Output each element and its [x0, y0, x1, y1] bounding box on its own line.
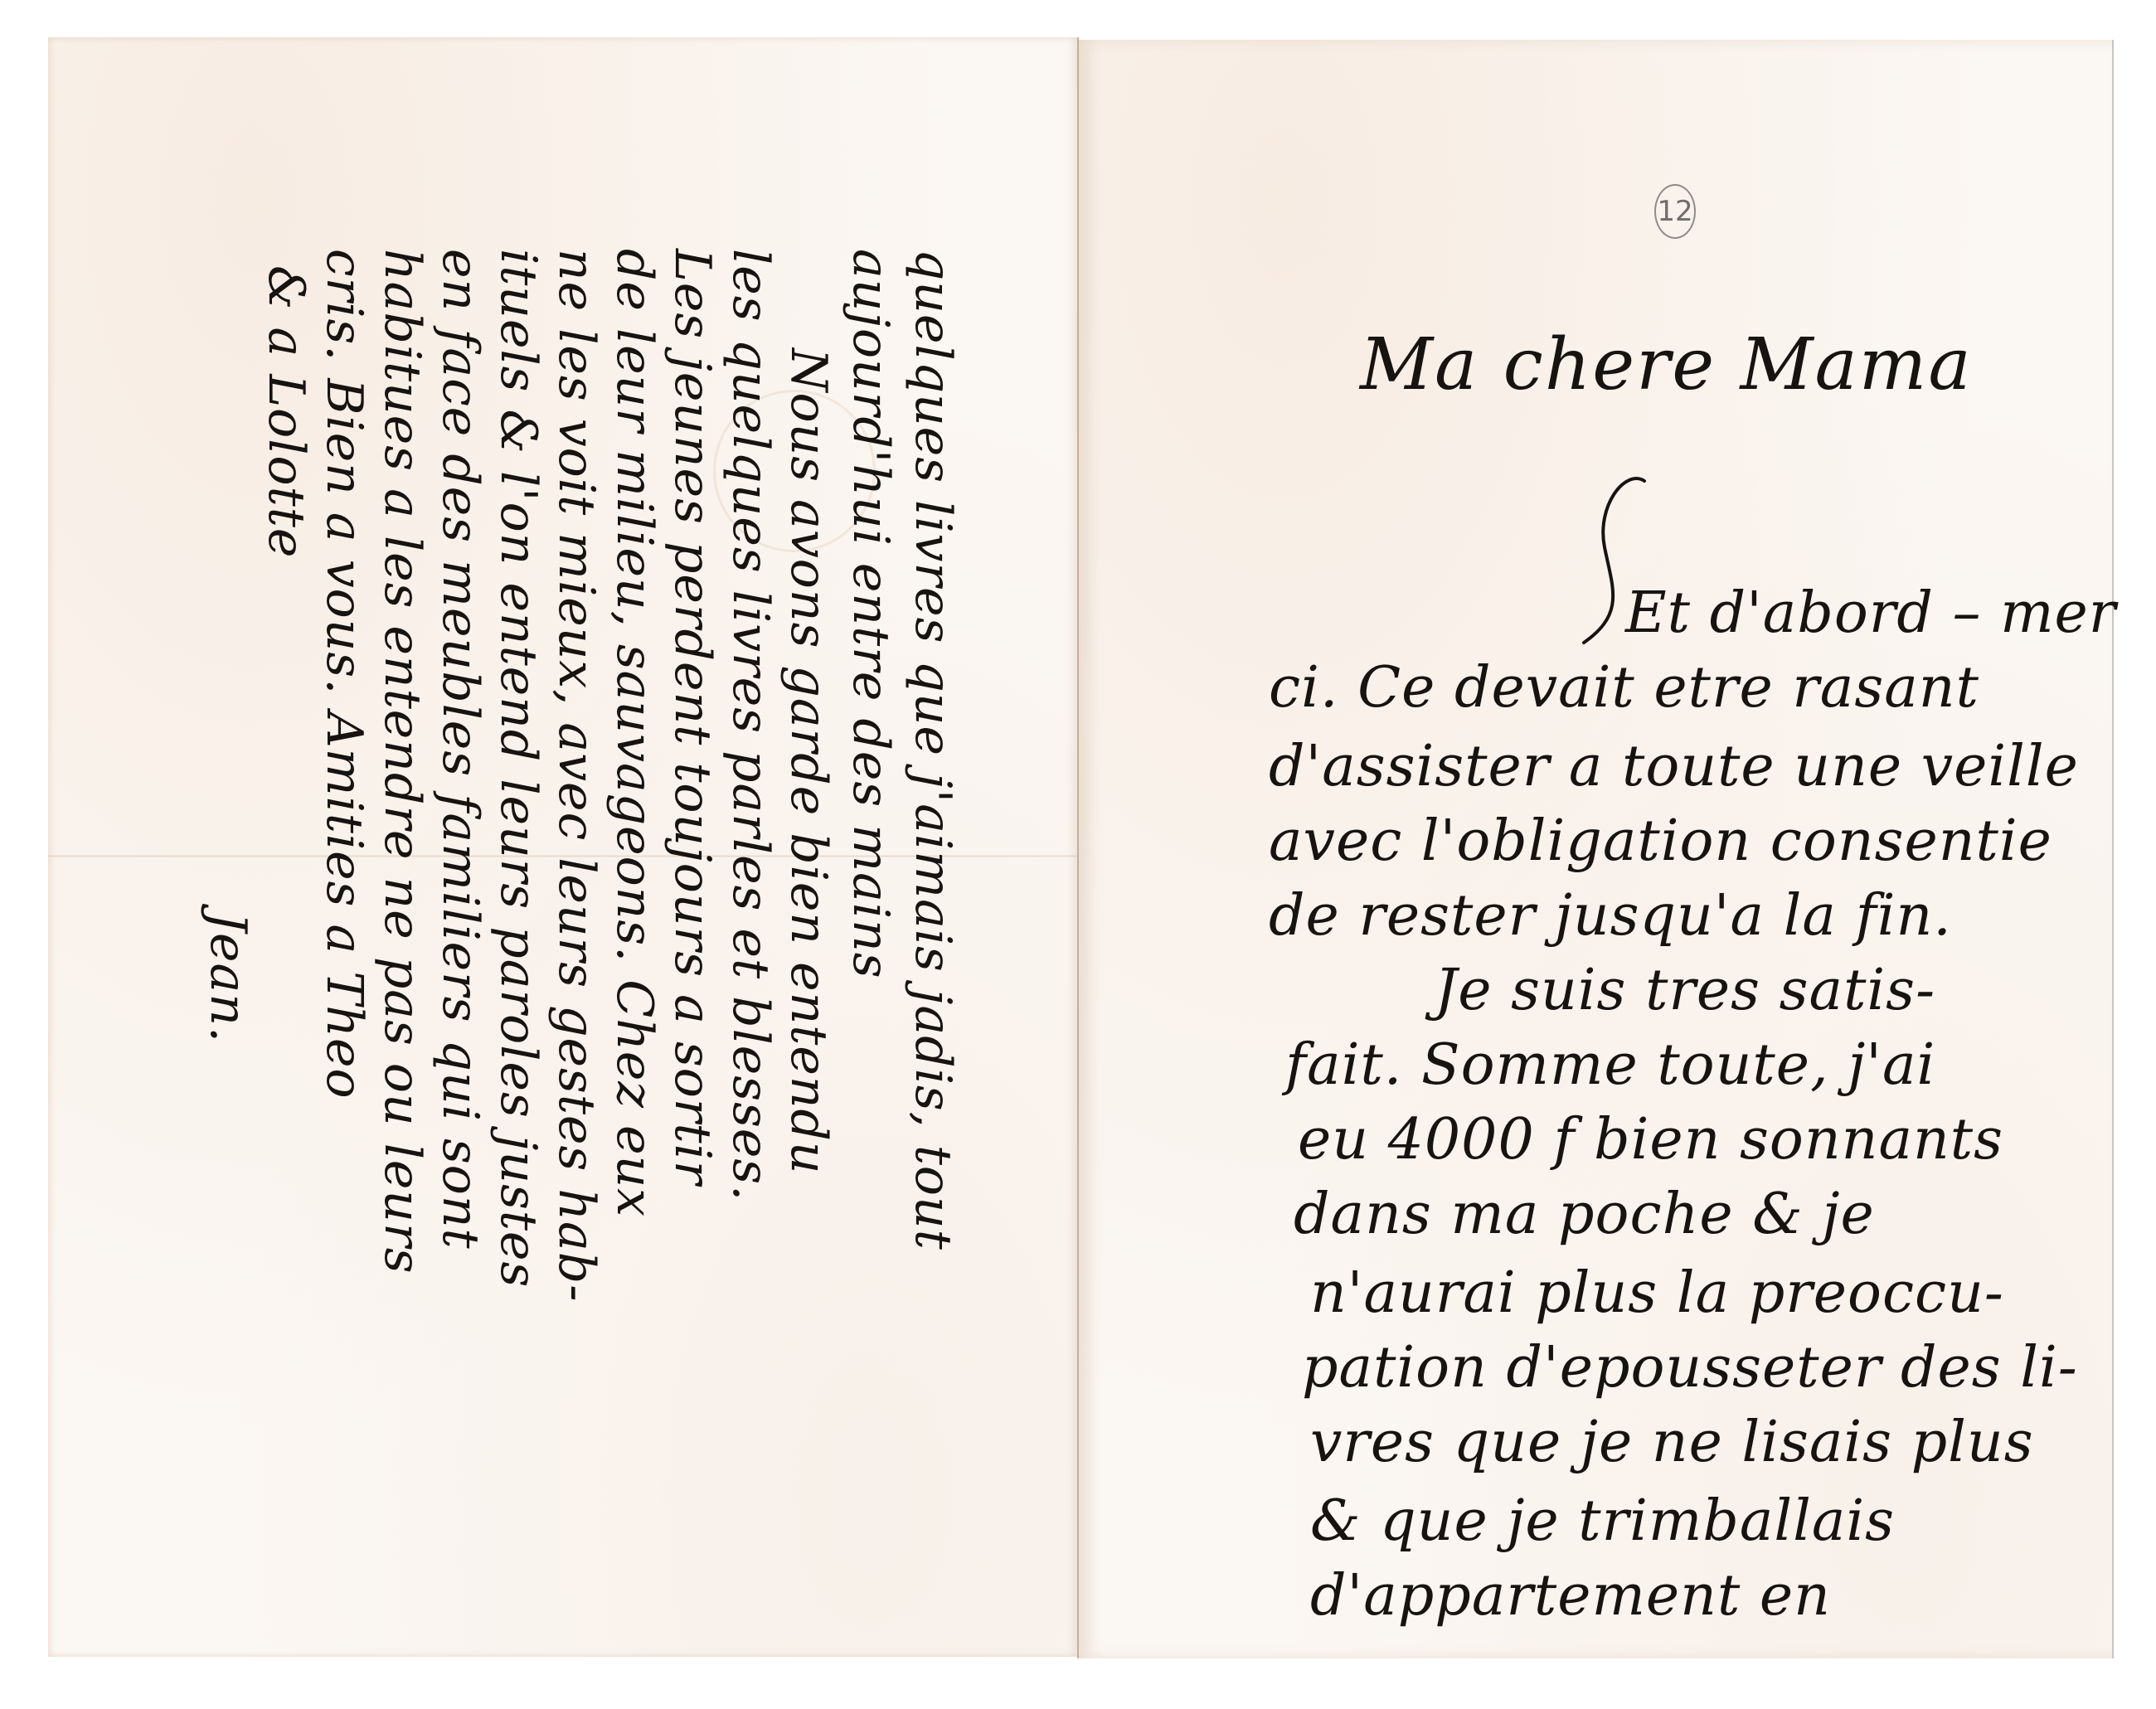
letter-line: avec l'obligation consentie — [1269, 808, 2052, 874]
letter-line: Je suis tres satis- — [1435, 958, 1935, 1023]
letter-line: & que je trimballais — [1310, 1488, 1895, 1554]
letter-line-rotated: Nous avons garde bien entendu — [779, 348, 838, 1175]
letter-line-rotated: aujourd'hui entre des mains — [842, 249, 900, 979]
letter-line-rotated: habitues a les entendre ne pas ou leurs — [373, 249, 431, 1274]
letter-line-rotated: Les jeunes perdent toujours a sortir — [663, 249, 721, 1186]
letter-line-rotated: les quelques livres parles et blesses. — [721, 249, 779, 1202]
letter-line: n'aurai plus la preoccu- — [1310, 1260, 2004, 1326]
letter-line-rotated: ituels & l'on entend leurs paroles juste… — [489, 249, 547, 1288]
letter-line: de rester jusqu'a la fin. — [1269, 883, 1952, 949]
center-fold — [1077, 37, 1079, 1658]
letter-line-rotated: de leur milieu, sauvageons. Chez eux — [605, 249, 663, 1217]
salutation: Ma chere Mama — [1360, 323, 1973, 406]
letter-line: fait. Somme toute, j'ai — [1285, 1032, 1935, 1098]
letter-line-rotated: quelques livres que j'aimais jadis, tout — [904, 249, 962, 1250]
letter-line-rotated: en face des meubles familiers qui sont — [431, 249, 489, 1250]
letter-line: Et d'abord – mer — [1625, 580, 2116, 646]
letter-line: eu 4000 f bien sonnants — [1298, 1107, 2003, 1173]
letter-line: d'appartement en — [1310, 1563, 1831, 1629]
letter-line: dans ma poche & je — [1294, 1182, 1875, 1247]
letter-line-rotated: ne les voit mieux, avec leurs gestes hab… — [547, 249, 605, 1302]
folio-number: 12 — [1657, 195, 1692, 228]
folio-number-circle: 12 — [1654, 184, 1696, 239]
letter-line-rotated: cris. Bien a vous. Amities a Theo — [315, 249, 373, 1100]
letter-signature: Jean. — [199, 912, 257, 1043]
letter-line: d'assister a toute une veille — [1269, 734, 2079, 799]
letter-line: pation d'epousseter des li- — [1302, 1335, 2078, 1401]
letter-line: vres que je ne lisais plus — [1310, 1410, 2034, 1475]
letter-line: ci. Ce devait etre rasant — [1269, 655, 1979, 721]
letter-line-rotated: & a Lolotte — [257, 265, 315, 558]
